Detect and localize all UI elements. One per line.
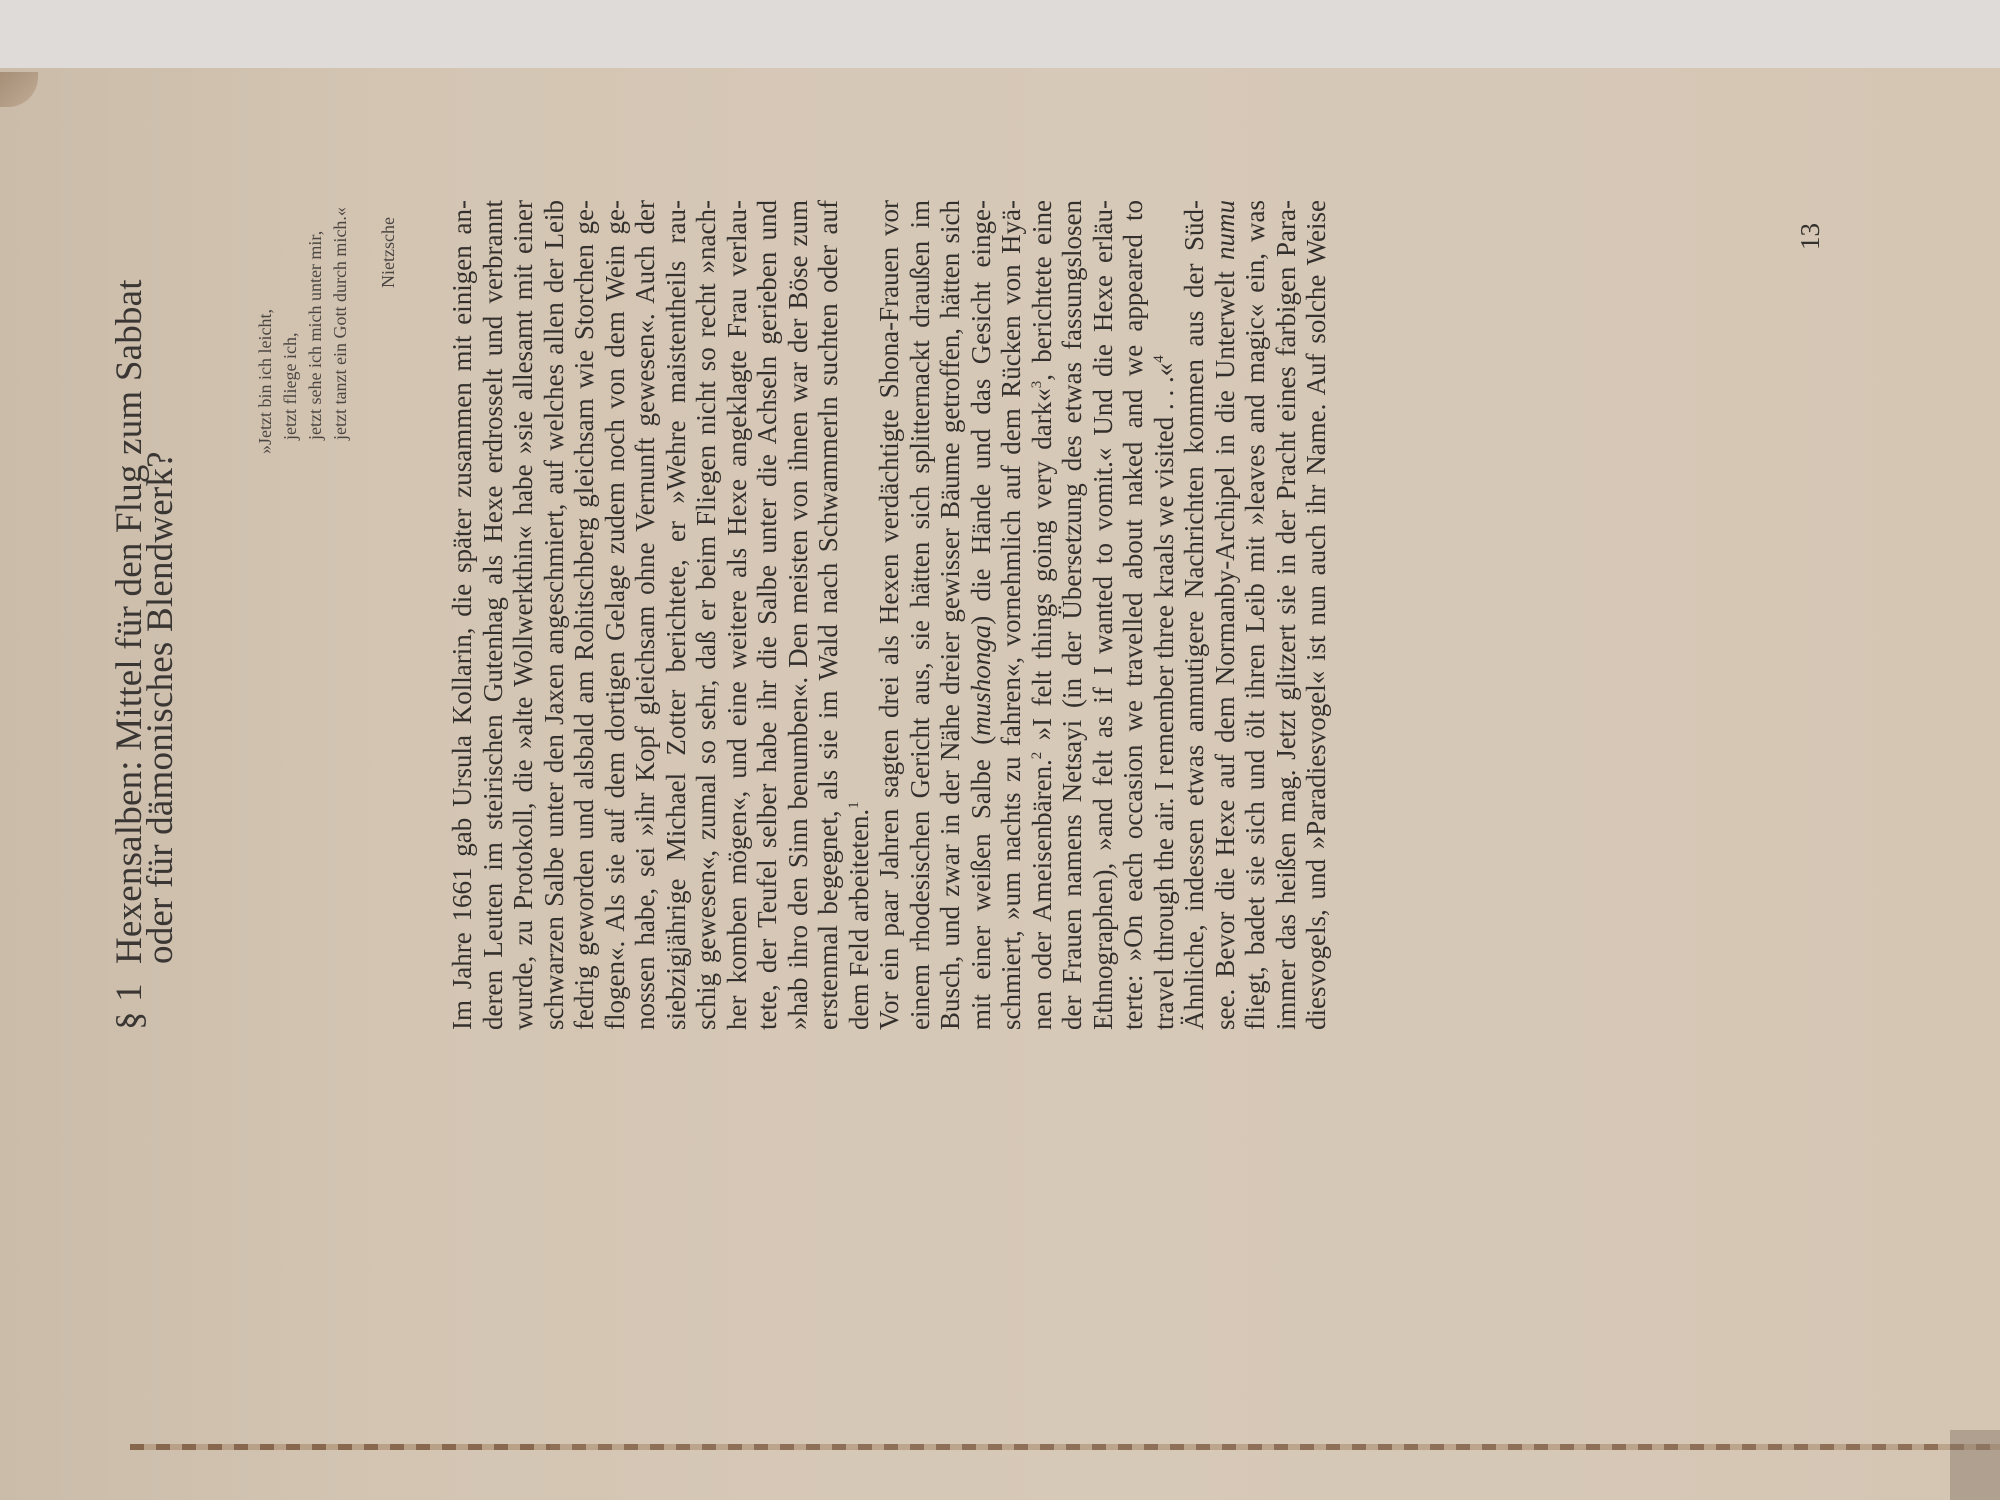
text-line: der Frauen namens Netsayi (in der Überse… xyxy=(1057,200,1088,1030)
text-fragment: travel through the air. I remember three… xyxy=(1149,363,1179,1030)
epigraph-line: jetzt tanzt ein Gott durch mich.« xyxy=(328,140,353,440)
text-line: immer das heißen mag. Jetzt glitzert sie… xyxy=(1271,200,1302,1030)
italic-term: numu xyxy=(1210,200,1240,260)
italic-term: mushonga xyxy=(966,625,996,736)
footnote-marker: 1 xyxy=(846,801,862,809)
epigraph: »Jetzt bin ich leicht, jetzt fliege ich,… xyxy=(253,140,353,440)
text-fragment: »I felt things going very dark« xyxy=(1027,388,1057,751)
epigraph-line: jetzt sehe ich mich unter mir, xyxy=(303,140,328,440)
text-line: Im Jahre 1661 gab Ursula Kollarin, die s… xyxy=(447,200,478,1030)
text-line: deren Leuten im steirischen Gutenhag als… xyxy=(478,200,509,1030)
text-fragment: see. Bevor die Hexe auf dem Normanby-Arc… xyxy=(1210,260,1240,1030)
text-line: wurde, zu Protokoll, die »alte Wollwerkt… xyxy=(508,200,539,1030)
footnote-marker: 2 xyxy=(1029,752,1045,760)
text-fragment: , berichtete eine xyxy=(1027,200,1057,381)
text-line: »hab ihro den Sinn benumben«. Den meiste… xyxy=(783,200,814,1030)
epigraph-line: jetzt fliege ich, xyxy=(278,140,303,440)
epigraph-source: Nietzsche xyxy=(378,217,399,288)
text-line: schig gewesen«, zumal so sehr, daß er be… xyxy=(691,200,722,1030)
text-line: Ähnliche, indessen etwas anmutigere Nach… xyxy=(1179,200,1210,1030)
text-line: her komben mögen«, und eine weitere als … xyxy=(722,200,753,1030)
text-line: fliegt, badet sie sich und ölt ihren Lei… xyxy=(1240,200,1271,1030)
epigraph-line: »Jetzt bin ich leicht, xyxy=(253,140,278,454)
text-line: siebzigjährige Michael Zotter berichtete… xyxy=(661,200,692,1030)
text-line: mit einer weißen Salbe (mushonga) die Hä… xyxy=(966,200,997,1030)
chapter-title: § 1Hexensalben: Mittel für den Flug zum … xyxy=(114,130,176,1030)
text-fragment: ) die Hände und das Gesicht einge- xyxy=(966,200,996,625)
text-line: Busch, und zwar in der Nähe dreier gewis… xyxy=(935,200,966,1030)
text-line: Vor ein paar Jahren sagten drei als Hexe… xyxy=(874,200,905,1030)
footnote-marker: 4 xyxy=(1151,355,1167,363)
text-fragment: nen oder Ameisenbären. xyxy=(1027,759,1057,1030)
footnote-marker: 3 xyxy=(1029,381,1045,389)
text-line: flogen«. Als sie auf dem dortigen Gelage… xyxy=(600,200,631,1030)
text-fragment: mit einer weißen Salbe ( xyxy=(966,736,996,1030)
text-line: schwarzen Salbe unter den Jaxen angeschm… xyxy=(539,200,570,1030)
text-line: see. Bevor die Hexe auf dem Normanby-Arc… xyxy=(1210,200,1241,1030)
body-text: Im Jahre 1661 gab Ursula Kollarin, die s… xyxy=(447,200,1332,1030)
text-line: fedrig geworden und alsbald am Rohitschb… xyxy=(569,200,600,1030)
text-line: schmiert, »um nachts zu fahren«, vornehm… xyxy=(996,200,1027,1030)
page-number: 13 xyxy=(1795,223,1826,250)
text-line: nen oder Ameisenbären.2 »I felt things g… xyxy=(1027,200,1058,1030)
text-line: tete, der Teufel selber habe ihr die Sal… xyxy=(752,200,783,1030)
text-line: terte: »On each occasion we travelled ab… xyxy=(1118,200,1149,1030)
text-fragment: dem Feld arbeiteten. xyxy=(844,809,874,1030)
title-line-2: oder für dämonisches Blendwerk? xyxy=(145,130,176,1030)
text-line: nossen habe, sei »ihr Kopf gleichsam ohn… xyxy=(630,200,661,1030)
text-line: travel through the air. I remember three… xyxy=(1149,200,1180,1030)
text-line: einem rhodesischen Gericht aus, sie hätt… xyxy=(905,200,936,1030)
text-line: dem Feld arbeiteten.1 xyxy=(844,200,875,1030)
section-number: § 1 xyxy=(114,964,145,1030)
text-line: erstenmal begegnet, als sie im Wald nach… xyxy=(813,200,844,1030)
text-line: Ethnographen), »and felt as if I wanted … xyxy=(1088,200,1119,1030)
text-line: diesvogels, und »Paradiesvogel« ist nun … xyxy=(1301,200,1332,1030)
rotated-book-page: § 1Hexensalben: Mittel für den Flug zum … xyxy=(0,0,2000,1500)
